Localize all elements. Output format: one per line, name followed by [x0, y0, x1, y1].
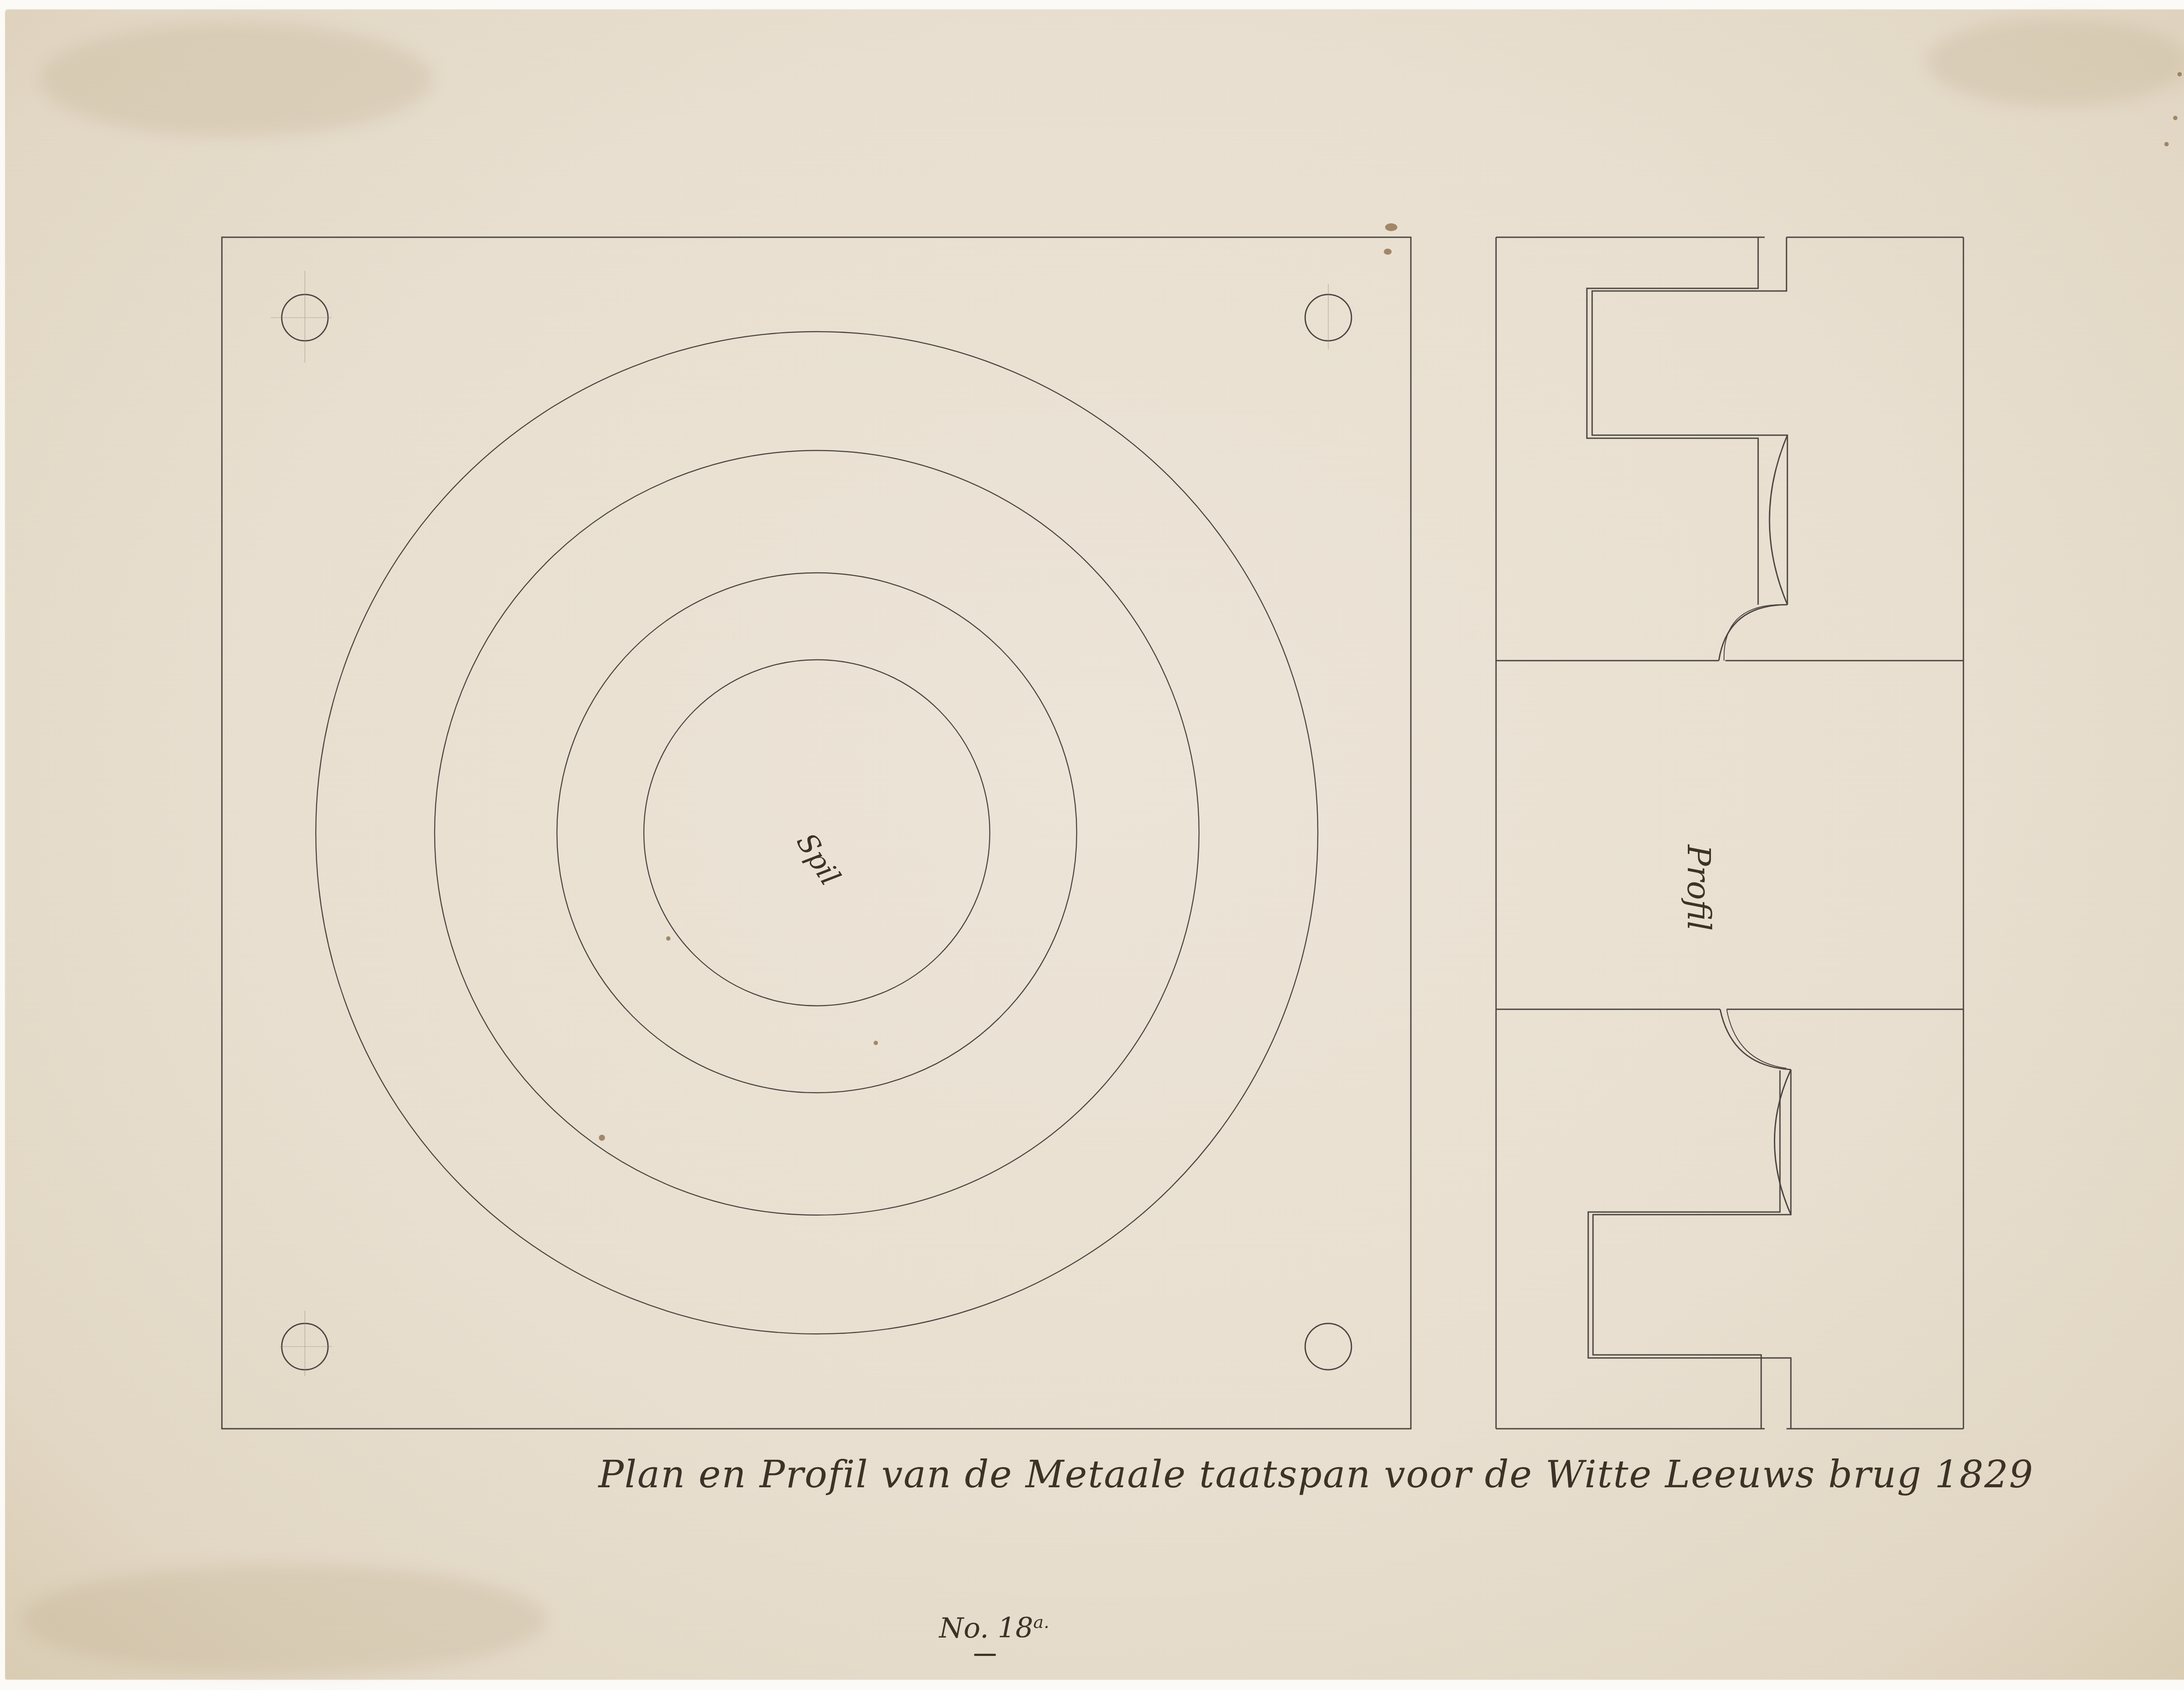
- foxing-spots: [599, 72, 2182, 1141]
- drawing-canvas: [0, 0, 2184, 1690]
- sheet-number-value: No. 18: [939, 1612, 1033, 1645]
- sheet-number: No. 18a.: [939, 1612, 1049, 1645]
- profile-section: [1496, 237, 1963, 1429]
- sheet-number-underline: [974, 1654, 996, 1656]
- sheet-number-suffix: a.: [1033, 1612, 1050, 1632]
- profile-label: Profil: [1680, 845, 1717, 931]
- drawing-caption: Plan en Profil van de Metaale taatspan v…: [598, 1453, 2034, 1496]
